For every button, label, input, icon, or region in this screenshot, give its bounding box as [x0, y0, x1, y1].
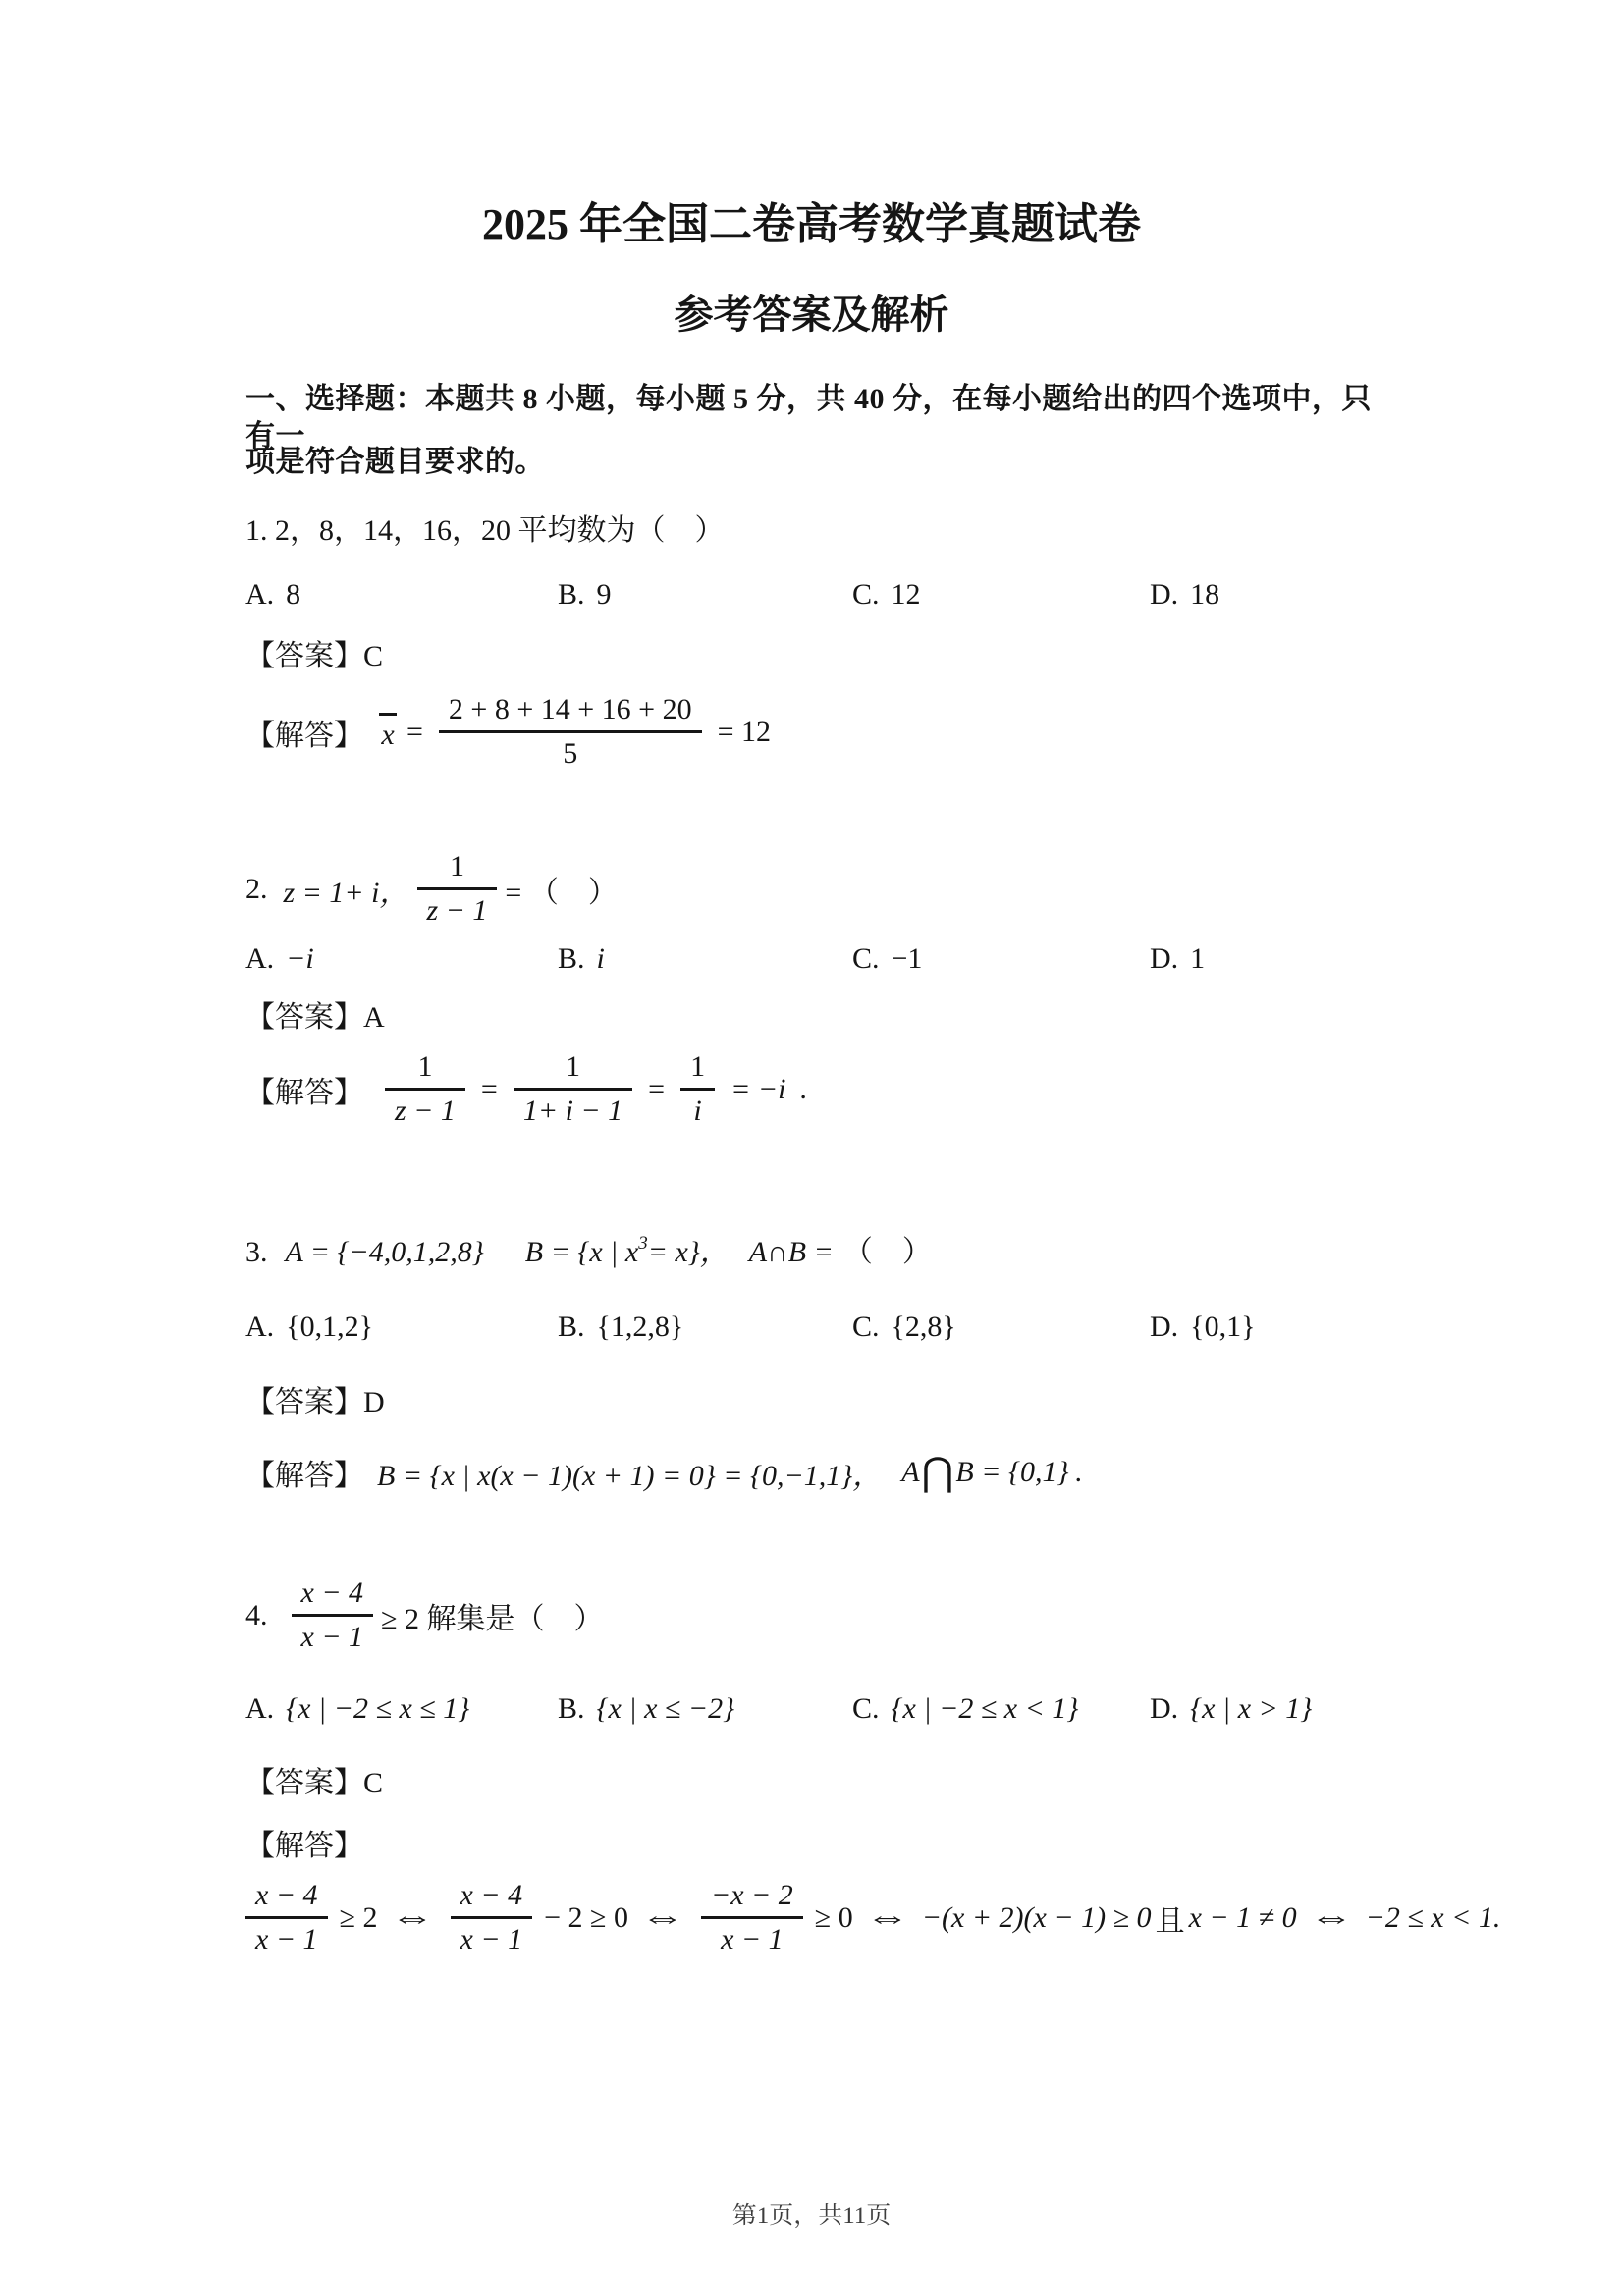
question-2-answer: 【答案】A: [245, 999, 1483, 1037]
question-1-answer: 【答案】C: [245, 638, 1483, 675]
given-expression: z = 1+ i，: [284, 868, 409, 911]
option-b: B.{x | x ≤ −2}: [558, 1690, 852, 1728]
option-b: B.i: [558, 940, 852, 978]
option-d: D.{x | x > 1}: [1150, 1690, 1522, 1728]
option-b: B.{1,2,8}: [558, 1308, 852, 1346]
solution-label: 【解答】: [245, 1830, 363, 1862]
fraction-2: 11+ i − 1: [514, 1050, 632, 1128]
section-instruction-line2: 项是符合题目要求的。: [245, 444, 1399, 481]
stem-tail: = （ ）: [505, 868, 617, 911]
fraction-stem: 1z − 1: [417, 850, 498, 928]
denominator: i: [680, 1091, 715, 1128]
numerator: 1: [680, 1050, 715, 1091]
answer-label: 【答案】: [245, 1001, 363, 1034]
question-1-stem: 1. 2，8，14，16，20 平均数为（ ）: [245, 512, 1483, 550]
iff-arrow: ⇔: [1309, 1901, 1353, 1935]
stem-tail: ≥ 2 解集是（ ）: [381, 1594, 603, 1637]
numerator: x − 4: [245, 1879, 328, 1919]
page-subtitle: 参考答案及解析: [0, 293, 1623, 338]
fraction-3: −x − 2x − 1: [701, 1879, 803, 1956]
set-b-post: = x}，: [648, 1236, 730, 1268]
fraction-2: x − 4x − 1: [451, 1879, 533, 1956]
fraction-3: 1i: [680, 1050, 715, 1128]
intersection-expression: A∩B =: [749, 1236, 834, 1268]
x-bar-symbol: x: [379, 713, 397, 752]
solution-part1: B = {x | x(x − 1)(x + 1) = 0} = {0,−1,1}…: [377, 1451, 882, 1494]
question-1-options: A.8 B.9 C.12 D.18: [245, 576, 1522, 614]
option-d: D.{0,1}: [1150, 1308, 1522, 1346]
numerator: 1: [514, 1050, 632, 1091]
denominator: x − 1: [701, 1919, 803, 1956]
answer-value: A: [363, 1001, 385, 1034]
option-d: D.18: [1150, 576, 1522, 614]
option-c: C.{x | −2 ≤ x < 1}: [852, 1690, 1150, 1728]
option-a: A.{x | −2 ≤ x ≤ 1}: [245, 1690, 558, 1728]
question-number: 3.: [245, 1236, 268, 1268]
option-a: A.−i: [245, 940, 558, 978]
question-3-options: A.{0,1,2} B.{1,2,8} C.{2,8} D.{0,1}: [245, 1308, 1522, 1346]
denominator: x − 1: [292, 1617, 374, 1654]
numerator: −x − 2: [701, 1879, 803, 1919]
question-3-stem: 3.A = {−4,0,1,2,8}B = {x | x3= x}，A∩B =（…: [245, 1225, 1483, 1271]
question-4-solution-line: x − 4x − 1 ≥ 2 ⇔ x − 4x − 1 − 2 ≥ 0 ⇔ −x…: [245, 1879, 1504, 1956]
option-b: B.9: [558, 576, 852, 614]
question-4-options: A.{x | −2 ≤ x ≤ 1} B.{x | x ≤ −2} C.{x |…: [245, 1690, 1522, 1728]
numerator: x − 4: [292, 1576, 374, 1617]
answer-value: D: [363, 1386, 385, 1418]
question-3-solution: 【解答】 B = {x | x(x − 1)(x + 1) = 0} = {0,…: [245, 1451, 1082, 1494]
fraction-1: 1z − 1: [385, 1050, 465, 1128]
numerator: 1: [385, 1050, 465, 1091]
question-4-solution-label: 【解答】: [245, 1828, 1483, 1865]
question-2-stem: 2. z = 1+ i， 1z − 1 = （ ）: [245, 850, 618, 928]
question-number: 2.: [245, 873, 268, 906]
set-a: A = {−4,0,1,2,8}: [286, 1236, 484, 1268]
iff-arrow: ⇔: [390, 1901, 434, 1935]
question-4-stem: 4. x − 4x − 1 ≥ 2 解集是（ ）: [245, 1576, 604, 1654]
big-intersection-symbol: ⋂: [922, 1458, 954, 1487]
question-number: 4.: [245, 1599, 268, 1632]
fraction-mean: 2 + 8 + 14 + 16 + 205: [439, 693, 702, 771]
macron-bar: [379, 713, 397, 716]
solution-label: 【解答】: [245, 1451, 363, 1494]
question-3-answer: 【答案】D: [245, 1384, 1483, 1421]
answer-paren: （ ）: [843, 1236, 932, 1268]
numerator: x − 4: [451, 1879, 533, 1919]
denominator: x − 1: [245, 1919, 328, 1956]
option-a: A.8: [245, 576, 558, 614]
option-c: C.−1: [852, 940, 1150, 978]
option-a: A.{0,1,2}: [245, 1308, 558, 1346]
fraction-1: x − 4x − 1: [245, 1879, 328, 1956]
answer-label: 【答案】: [245, 1386, 363, 1418]
numerator: 1: [417, 850, 498, 890]
question-2-options: A.−i B.i C.−1 D.1: [245, 940, 1522, 978]
solution-part2: B = {0,1}: [955, 1456, 1068, 1489]
numerator: 2 + 8 + 14 + 16 + 20: [439, 693, 702, 733]
answer-value: C: [363, 1767, 383, 1799]
exam-answer-sheet-page: 2025 年全国二卷高考数学真题试卷 参考答案及解析 一、选择题：本题共 8 小…: [0, 0, 1623, 2296]
question-4-answer: 【答案】C: [245, 1765, 1483, 1802]
option-c: C.12: [852, 576, 1150, 614]
denominator: x − 1: [451, 1919, 533, 1956]
option-d: D.1: [1150, 940, 1522, 978]
and-conjunction: 且: [1156, 1896, 1185, 1940]
exponent: 3: [638, 1233, 648, 1254]
set-b-pre: B = {x | x: [525, 1236, 638, 1268]
fraction-stem: x − 4x − 1: [292, 1576, 374, 1654]
answer-label: 【答案】: [245, 1767, 363, 1799]
answer-label: 【答案】: [245, 640, 363, 672]
period: .: [799, 1073, 807, 1106]
denominator: 5: [439, 733, 702, 771]
iff-arrow: ⇔: [865, 1901, 909, 1935]
answer-value: C: [363, 640, 383, 672]
denominator: 1+ i − 1: [514, 1091, 632, 1128]
denominator: z − 1: [417, 890, 498, 928]
page-title: 2025 年全国二卷高考数学真题试卷: [0, 200, 1623, 249]
footer-page-number: 第1页，共11页: [0, 2202, 1623, 2231]
solution-label: 【解答】: [245, 711, 363, 754]
period: .: [1074, 1456, 1082, 1489]
question-2-solution: 【解答】 1z − 1 = 11+ i − 1 = 1i = −i .: [245, 1050, 807, 1128]
option-c: C.{2,8}: [852, 1308, 1150, 1346]
question-1-solution: 【解答】 x = 2 + 8 + 14 + 16 + 205 = 12: [245, 693, 779, 771]
denominator: z − 1: [385, 1091, 465, 1128]
solution-label: 【解答】: [245, 1068, 363, 1111]
set-a-symbol: A: [901, 1456, 919, 1489]
iff-arrow: ⇔: [640, 1901, 684, 1935]
